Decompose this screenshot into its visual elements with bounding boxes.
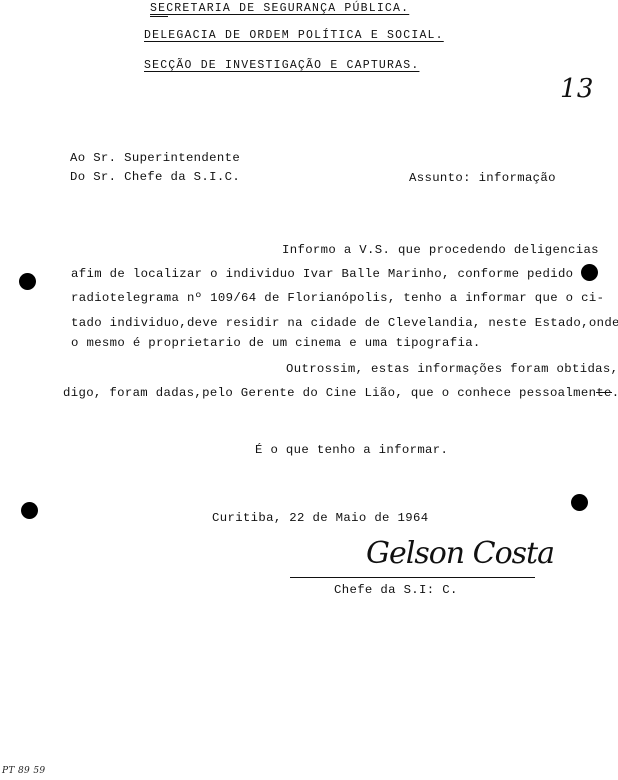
body-line: afim de localizar o individuo Ivar Balle…	[71, 267, 597, 281]
body-line: radiotelegrama nº 109/64 de Florianópoli…	[71, 291, 604, 305]
punch-hole-left-bottom	[21, 502, 38, 519]
subject-line: Assunto: informação	[409, 171, 556, 185]
body-line: digo, foram dadas,pelo Gerente do Cine L…	[63, 386, 618, 400]
margin-dash-mark	[596, 392, 612, 393]
header-underline-lead	[150, 16, 168, 17]
body-line: Informo a V.S. que procedendo deligencia…	[282, 243, 599, 257]
date-line: Curitiba, 22 de Maio de 1964	[212, 511, 428, 525]
closing-line: É o que tenho a informar.	[255, 443, 448, 457]
addressee-line-2: Do Sr. Chefe da S.I.C.	[70, 170, 240, 184]
signature-title: Chefe da S.I: C.	[334, 583, 458, 597]
header-secretaria: SECRETARIA DE SEGURANÇA PÚBLICA.	[150, 2, 409, 15]
signature-line	[290, 577, 535, 578]
handwritten-signature: Gelson Costa	[366, 536, 554, 571]
header-delegacia: DELEGACIA DE ORDEM POLÍTICA E SOCIAL.	[144, 29, 444, 42]
punch-hole-right-top	[581, 264, 598, 281]
header-seccao: SECÇÃO DE INVESTIGAÇÃO E CAPTURAS.	[144, 59, 419, 72]
archive-footer-mark: PT 89 59	[2, 766, 46, 776]
punch-hole-left-top	[19, 273, 36, 290]
body-line: tado individuo,deve residir na cidade de…	[71, 316, 618, 330]
page-number: 13	[560, 74, 594, 104]
body-line: o mesmo é proprietario de um cinema e um…	[71, 336, 481, 350]
addressee-line-1: Ao Sr. Superintendente	[70, 151, 240, 165]
body-line: Outrossim, estas informações foram obtid…	[286, 362, 618, 376]
punch-hole-right-bottom	[571, 494, 588, 511]
